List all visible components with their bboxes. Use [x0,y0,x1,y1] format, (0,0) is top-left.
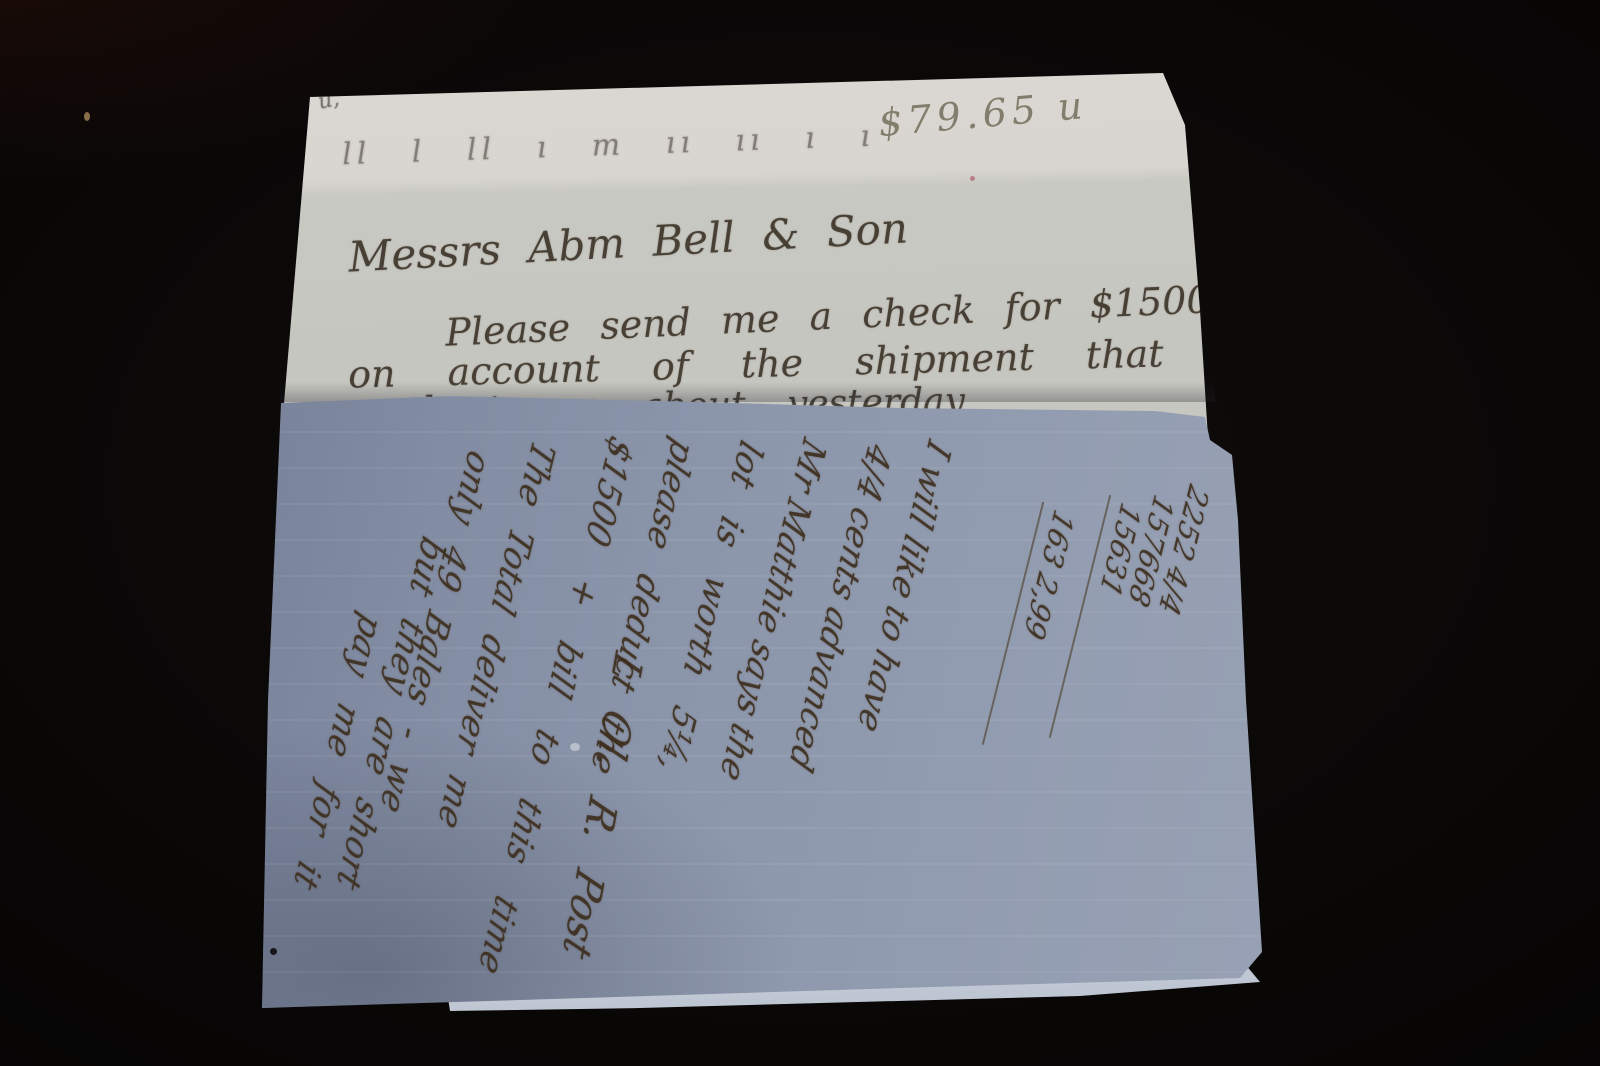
light-blemish [570,743,580,751]
corner-pen-mark: u, [316,86,342,115]
dark-speck [270,948,277,955]
pink-speck [970,176,975,181]
backdrop-speck [84,112,90,121]
salutation-line: Messrs Abm Bell & Son [347,203,909,281]
photo-of-letters: u, $79.65 u ll l ll ı m ıı ıı ı ı Messrs… [0,0,1600,1066]
blue-letter-paper: 2252 4/4 157668 15631 163 2,99 I will li… [250,395,1275,1023]
faint-ink-strokes: ll l ll ı m ıı ıı ı ı [342,119,876,173]
pencil-note: $79.65 u [876,83,1089,145]
